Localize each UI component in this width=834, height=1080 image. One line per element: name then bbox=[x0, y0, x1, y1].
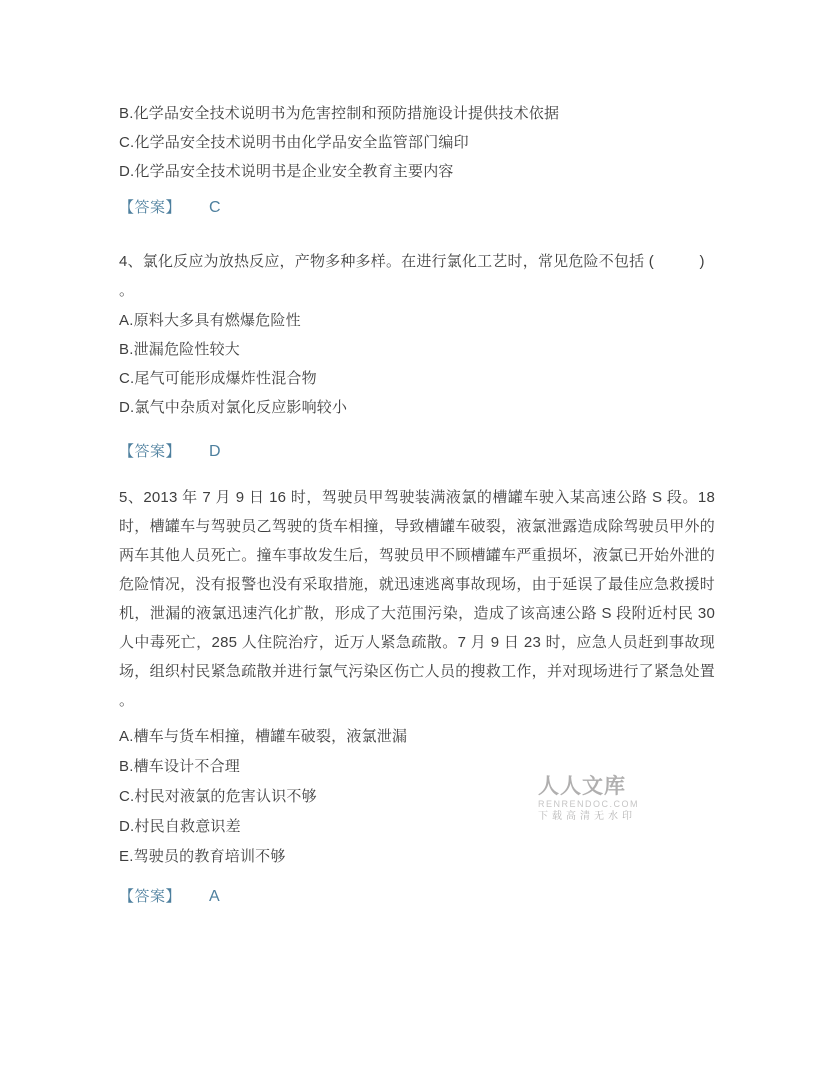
document-page: B.化学品安全技术说明书为危害控制和预防措施设计提供技术依据 C.化学品安全技术… bbox=[0, 0, 834, 1080]
question-4-stem: 4、氯化反应为放热反应，产物多种多样。在进行氯化工艺时，常见危险不包括 ( ) … bbox=[119, 247, 715, 305]
answer-value: C bbox=[209, 193, 221, 222]
option-line: D.氯气中杂质对氯化反应影响较小 bbox=[119, 393, 715, 422]
option-line: B.泄漏危险性较大 bbox=[119, 335, 715, 364]
answer-row: 【答案】 A bbox=[119, 882, 220, 911]
option-line: C.化学品安全技术说明书由化学品安全监管部门编印 bbox=[119, 128, 715, 157]
answer-row: 【答案】 D bbox=[119, 437, 221, 466]
watermark: 人人文库 RENRENDOC.COM 下载高清无水印 bbox=[538, 775, 639, 823]
stem-line: 时，槽罐车与驾驶员乙驾驶的货车相撞，导致槽罐车破裂，液氯泄露造成除驾驶员甲外的 bbox=[119, 512, 715, 541]
stem-line: 两车其他人员死亡。撞车事故发生后，驾驶员甲不顾槽罐车严重损坏，液氯已开始外泄的 bbox=[119, 541, 715, 570]
option-line: A.原料大多具有燃爆危险性 bbox=[119, 306, 715, 335]
stem-line: 。 bbox=[119, 686, 715, 715]
stem-line: 4、氯化反应为放热反应，产物多种多样。在进行氯化工艺时，常见危险不包括 ( ) bbox=[119, 247, 715, 276]
answer-label: 【答案】 bbox=[119, 437, 181, 466]
option-line: C.尾气可能形成爆炸性混合物 bbox=[119, 364, 715, 393]
answer-row: 【答案】 C bbox=[119, 193, 221, 222]
stem-line: 人中毒死亡，285 人住院治疗，近万人紧急疏散。7 月 9 日 23 时，应急人… bbox=[119, 628, 715, 657]
answer-label: 【答案】 bbox=[119, 193, 181, 222]
watermark-domain: RENRENDOC.COM bbox=[538, 799, 639, 810]
option-line: D.化学品安全技术说明书是企业安全教育主要内容 bbox=[119, 157, 715, 186]
stem-line: 5、2013 年 7 月 9 日 16 时，驾驶员甲驾驶装满液氯的槽罐车驶入某高… bbox=[119, 483, 715, 512]
question-3-options: B.化学品安全技术说明书为危害控制和预防措施设计提供技术依据 C.化学品安全技术… bbox=[119, 99, 715, 186]
stem-line: 危险情况，没有报警也没有采取措施，就迅速逃离事故现场，由于延误了最佳应急救援时 bbox=[119, 570, 715, 599]
stem-line: 机，泄漏的液氯迅速汽化扩散，形成了大范围污染，造成了该高速公路 S 段附近村民 … bbox=[119, 599, 715, 628]
question-5-stem: 5、2013 年 7 月 9 日 16 时，驾驶员甲驾驶装满液氯的槽罐车驶入某高… bbox=[119, 483, 715, 715]
option-line: B.化学品安全技术说明书为危害控制和预防措施设计提供技术依据 bbox=[119, 99, 715, 128]
answer-value: D bbox=[209, 437, 221, 466]
answer-value: A bbox=[209, 882, 220, 911]
option-line: E.驾驶员的教育培训不够 bbox=[119, 842, 715, 872]
stem-line: 场，组织村民紧急疏散并进行氯气污染区伤亡人员的搜救工作，并对现场进行了紧急处置 bbox=[119, 657, 715, 686]
watermark-tagline: 下载高清无水印 bbox=[538, 811, 639, 823]
stem-line: 。 bbox=[119, 276, 715, 305]
watermark-title: 人人文库 bbox=[538, 775, 639, 798]
question-4-options: A.原料大多具有燃爆危险性 B.泄漏危险性较大 C.尾气可能形成爆炸性混合物 D… bbox=[119, 306, 715, 422]
answer-label: 【答案】 bbox=[119, 882, 181, 911]
option-line: A.槽车与货车相撞，槽罐车破裂，液氯泄漏 bbox=[119, 722, 715, 752]
